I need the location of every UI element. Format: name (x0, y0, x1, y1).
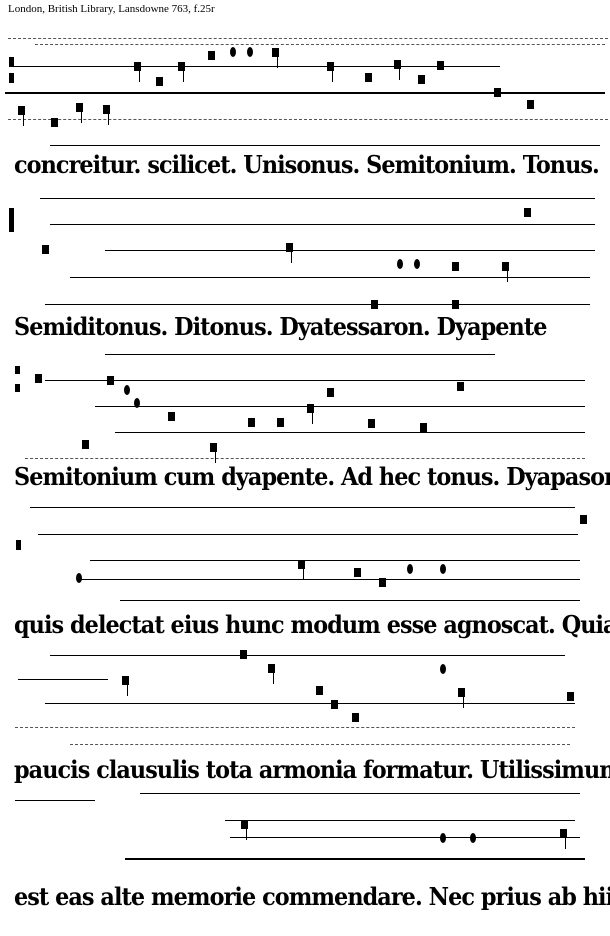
note-icon (457, 382, 464, 391)
note-icon (440, 664, 446, 674)
clef-icon (9, 208, 14, 232)
note-icon (580, 515, 587, 524)
text-line-3: Semitonium cum dyapente. Ad hec tonus. D… (14, 462, 563, 492)
note-icon (560, 829, 567, 838)
note-icon (134, 398, 140, 408)
note-icon (168, 412, 175, 421)
note-icon (103, 105, 110, 114)
note-icon (452, 262, 459, 271)
note-icon (51, 118, 58, 127)
note-icon (248, 418, 255, 427)
note-icon (208, 51, 215, 60)
note-icon (371, 300, 378, 309)
note-icon (76, 573, 82, 583)
note-icon (272, 48, 279, 57)
note-icon (418, 75, 425, 84)
note-icon (440, 564, 446, 574)
note-icon (352, 713, 359, 722)
note-icon (327, 388, 334, 397)
note-icon (494, 88, 501, 97)
note-icon (368, 419, 375, 428)
text-line-5: paucis clausulis tota armonia formatur. … (14, 755, 563, 785)
note-icon (82, 440, 89, 449)
note-icon (437, 61, 444, 70)
note-icon (354, 568, 361, 577)
text-line-4: quis delectat eius hunc modum esse agnos… (14, 610, 563, 640)
note-icon (567, 692, 574, 701)
note-icon (268, 664, 275, 673)
clef-icon (16, 540, 21, 550)
note-icon (316, 686, 323, 695)
note-icon (230, 47, 236, 57)
note-icon (241, 820, 248, 829)
note-icon (210, 443, 217, 452)
note-icon (527, 100, 534, 109)
note-icon (440, 833, 446, 843)
note-icon (247, 47, 253, 57)
note-icon (524, 208, 531, 217)
note-icon (107, 376, 114, 385)
note-icon (394, 60, 401, 69)
clef-icon (15, 384, 20, 392)
manuscript-caption: London, British Library, Lansdowne 763, … (8, 3, 215, 15)
note-icon (122, 676, 129, 685)
note-icon (134, 62, 141, 71)
note-icon (470, 833, 476, 843)
clef-icon (9, 57, 14, 67)
note-icon (240, 650, 247, 659)
note-icon (286, 243, 293, 252)
note-icon (331, 700, 338, 709)
note-icon (298, 560, 305, 569)
note-icon (365, 73, 372, 82)
note-icon (452, 300, 459, 309)
text-line-6: est eas alte memorie commendare. Nec pri… (14, 882, 563, 912)
note-icon (18, 106, 25, 115)
clef-icon (15, 366, 20, 374)
note-icon (397, 259, 403, 269)
note-icon (124, 385, 130, 395)
clef-icon (9, 73, 14, 83)
note-icon (307, 404, 314, 413)
note-icon (42, 245, 49, 254)
note-icon (458, 688, 465, 697)
note-icon (35, 374, 42, 383)
note-icon (379, 578, 386, 587)
text-line-1: concreitur. scilicet. Unisonus. Semitoni… (14, 150, 563, 180)
text-line-2: Semiditonus. Ditonus. Dyatessaron. Dyape… (14, 312, 563, 342)
note-icon (327, 62, 334, 71)
note-icon (277, 418, 284, 427)
note-icon (407, 564, 413, 574)
note-icon (76, 103, 83, 112)
note-icon (178, 62, 185, 71)
note-icon (156, 77, 163, 86)
note-icon (420, 423, 427, 432)
note-icon (502, 262, 509, 271)
note-icon (414, 259, 420, 269)
